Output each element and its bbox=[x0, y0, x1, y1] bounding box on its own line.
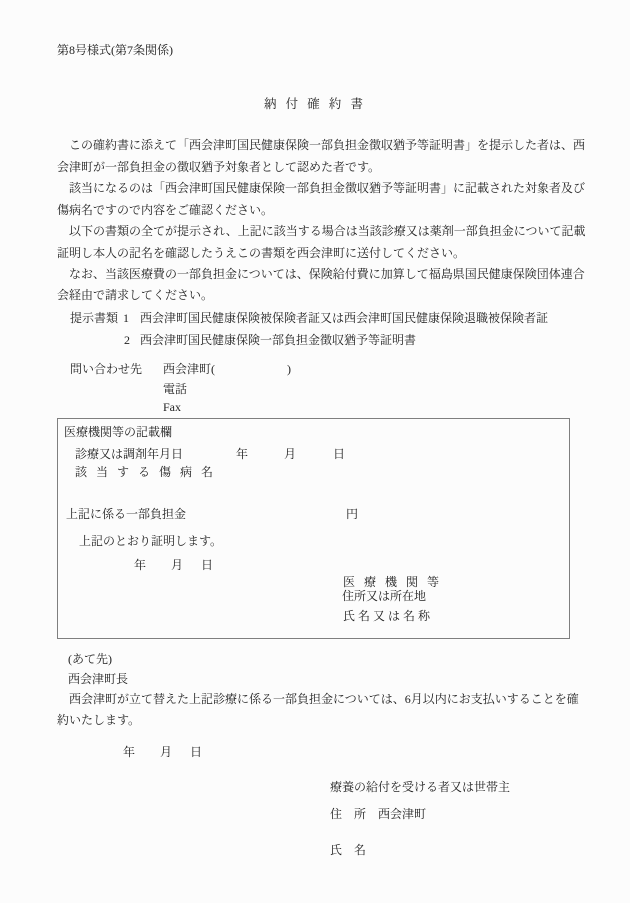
document-title: 納 付 確 約 書 bbox=[0, 97, 630, 112]
document-item-2-number: 2 bbox=[124, 333, 130, 348]
document-item-2-text: 西会津町国民健康保険一部負担金徴収猶予等証明書 bbox=[140, 333, 416, 348]
disease-name-label: 該 当 す る 傷 病 名 bbox=[75, 465, 216, 480]
addressee: 西会津町長 bbox=[68, 672, 128, 687]
paragraph-1-line-2: 会津町が一部負担金の徴収猶予対象者として認めた者です。 bbox=[57, 160, 380, 175]
paragraph-4-line-1: なお、当該医療費の一部負担金については、保険給付費に加算して福島県国民健康保険団… bbox=[57, 267, 585, 282]
paragraph-4-line-2: 会経由で請求してください。 bbox=[57, 288, 213, 303]
contact-phone-label: 電話 bbox=[163, 382, 187, 397]
certify-statement: 上記のとおり証明します。 bbox=[79, 534, 222, 549]
contact-office: 西会津町( ) bbox=[163, 362, 291, 377]
year-label: 年 bbox=[236, 447, 248, 462]
pledge-line-2: 約いたします。 bbox=[57, 713, 140, 728]
day-label: 日 bbox=[333, 447, 345, 462]
pledge-line-1: 西会津町が立て替えた上記診療に係る一部負担金については、6月以内にお支払いするこ… bbox=[57, 692, 579, 707]
medical-institution-entry-box: 医療機関等の記載欄 診療又は調剤年月日 年 月 日 該 当 す る 傷 病 名 … bbox=[57, 418, 570, 639]
document-item-1-text: 西会津町国民健康保険被保険者証又は西会津町国民健康保険退職被保険者証 bbox=[140, 311, 548, 326]
payment-pledge-form-document: 第8号様式(第7条関係) 納 付 確 約 書 この確約書に添えて「西会津町国民健… bbox=[0, 0, 630, 903]
year-label: 年 bbox=[134, 558, 146, 573]
institution-name-label: 氏 名 又 は 名 称 bbox=[343, 609, 430, 624]
treatment-date-label: 診療又は調剤年月日 bbox=[75, 447, 183, 462]
recipient-address-label: 住 所 西会津町 bbox=[330, 807, 426, 822]
paragraph-2-line-1: 該当になるのは「西会津町国民健康保険一部負担金徴収猶予等証明書」に記載された対象… bbox=[57, 181, 585, 196]
paragraph-3-line-1: 以下の書類の全てが提示され、上記に該当する場合は当該診療又は薬剤一部負担金につい… bbox=[57, 224, 585, 239]
medical-box-heading: 医療機関等の記載欄 bbox=[64, 425, 172, 440]
copay-label: 上記に係る一部負担金 bbox=[66, 507, 186, 522]
day-label: 日 bbox=[201, 558, 213, 573]
day-label: 日 bbox=[190, 745, 202, 760]
year-label: 年 bbox=[123, 745, 135, 760]
paragraph-1-line-1: この確約書に添えて「西会津町国民健康保険一部負担金徴収猶予等証明書」を提示した者… bbox=[57, 138, 585, 153]
paragraph-3-line-2: 証明し本人の記名を確認したうえこの書類を西会津町に送付してください。 bbox=[57, 246, 465, 261]
yen-label: 円 bbox=[346, 507, 358, 522]
institution-label: 医 療 機 関 等 bbox=[343, 575, 442, 590]
form-number: 第8号様式(第7条関係) bbox=[57, 43, 173, 58]
documents-label: 提示書類 bbox=[70, 311, 118, 326]
document-item-1-number: 1 bbox=[123, 311, 129, 326]
recipient-label: 療養の給付を受ける者又は世帯主 bbox=[330, 780, 510, 795]
month-label: 月 bbox=[160, 745, 172, 760]
institution-address-label: 住所又は所在地 bbox=[342, 589, 426, 604]
contact-fax-label: Fax bbox=[163, 400, 181, 415]
paragraph-2-line-2: 傷病名ですので内容をご確認ください。 bbox=[57, 203, 273, 218]
month-label: 月 bbox=[171, 558, 183, 573]
month-label: 月 bbox=[284, 447, 296, 462]
contact-label: 問い合わせ先 bbox=[70, 362, 142, 377]
recipient-name-label: 氏 名 bbox=[330, 843, 366, 858]
addressee-heading: (あて先) bbox=[68, 652, 112, 667]
